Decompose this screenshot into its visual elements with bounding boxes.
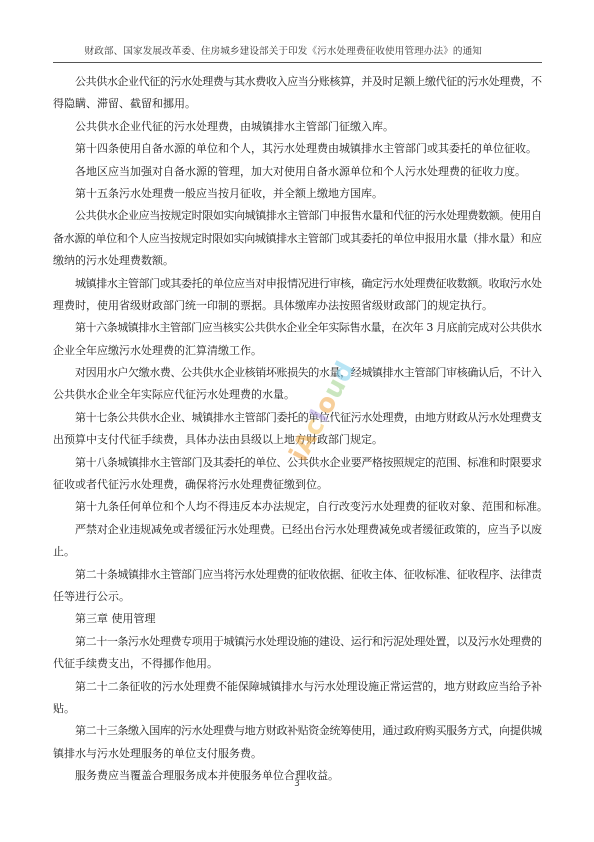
- text-line: 镇排水与污水处理服务的单位支付服务费。: [53, 743, 542, 765]
- document-page: 财政部、国家发展改革委、住房城乡建设部关于印发《污水处理费征收使用管理办法》的通…: [0, 0, 594, 842]
- text-line: 第三章 使用管理: [53, 608, 542, 630]
- body-text: 公共供水企业代征的污水处理费与其水费收入应当分账核算，并及时足额上缴代征的污水处…: [53, 71, 542, 788]
- text-line: 征收或者代征污水处理费，确保将污水处理费征缴到位。: [53, 474, 542, 496]
- text-line: 各地区应当加强对自备水源的管理，加大对使用自备水源单位和个人污水处理费的征收力度…: [53, 161, 542, 183]
- text-line: 代征手续费支出，不得挪作他用。: [53, 653, 542, 675]
- text-line: 第十五条污水处理费一般应当按月征收，并全额上缴地方国库。: [53, 183, 542, 205]
- text-line: 第二十一条污水处理费专项用于城镇污水处理设施的建设、运行和污泥处理处置，以及污水…: [53, 631, 542, 653]
- text-line: 公共供水企业代征的污水处理费与其水费收入应当分账核算，并及时足额上缴代征的污水处…: [53, 71, 542, 93]
- text-line: 第二十条城镇排水主管部门应当将污水处理费的征收依据、征收主体、征收标准、征收程序…: [53, 564, 542, 586]
- text-line: 得隐瞒、滞留、截留和挪用。: [53, 93, 542, 115]
- text-line: 公共供水企业应当按规定时限如实向城镇排水主管部门申报售水量和代征的污水处理费数额…: [53, 205, 542, 227]
- header-rule: [53, 62, 542, 63]
- text-line: 出预算中支付代征手续费，具体办法由县级以上地方财政部门规定。: [53, 429, 542, 451]
- text-line: 第二十二条征收的污水处理费不能保障城镇排水与污水处理设施正常运营的，地方财政应当…: [53, 676, 542, 698]
- text-line: 缴纳的污水处理费数额。: [53, 250, 542, 272]
- text-line: 企业全年应缴污水处理费的汇算清缴工作。: [53, 340, 542, 362]
- text-line: 城镇排水主管部门或其委托的单位应当对申报情况进行审核，确定污水处理费征收数额。收…: [53, 273, 542, 295]
- text-line: 第十四条使用自备水源的单位和个人，其污水处理费由城镇排水主管部门或其委托的单位征…: [53, 138, 542, 160]
- text-line: 理费时，使用省级财政部门统一印制的票据。具体缴库办法按照省级财政部门的规定执行。: [53, 295, 542, 317]
- text-line: 止。: [53, 541, 542, 563]
- text-line: 备水源的单位和个人应当按规定时限如实向城镇排水主管部门或其委托的单位申报用水量（…: [53, 228, 542, 250]
- text-line: 第十六条城镇排水主管部门应当核实公共供水企业全年实际售水量，在次年 3 月底前完…: [53, 317, 542, 339]
- page-number: 3: [0, 779, 594, 789]
- text-line: 公共供水企业代征的污水处理费，由城镇排水主管部门征缴入库。: [53, 116, 542, 138]
- text-line: 第十七条公共供水企业、城镇排水主管部门委托的单位代征污水处理费，由地方财政从污水…: [53, 407, 542, 429]
- text-line: 严禁对企业违规减免或者缓征污水处理费。已经出台污水处理费减免或者缓征政策的，应当…: [53, 519, 542, 541]
- text-line: 对因用水户欠缴水费、公共供水企业核销坏账损失的水量，经城镇排水主管部门审核确认后…: [53, 362, 542, 384]
- text-line: 第十九条任何单位和个人均不得违反本办法规定，自行改变污水处理费的征收对象、范围和…: [53, 496, 542, 518]
- text-line: 公共供水企业全年实际应代征污水处理费的水量。: [53, 384, 542, 406]
- text-line: 第十八条城镇排水主管部门及其委托的单位、公共供水企业要严格按照规定的范围、标准和…: [53, 452, 542, 474]
- text-line: 任等进行公示。: [53, 586, 542, 608]
- text-line: 贴。: [53, 698, 542, 720]
- text-line: 第二十三条缴入国库的污水处理费与地方财政补贴资金统筹使用，通过政府购买服务方式，…: [53, 720, 542, 742]
- running-header: 财政部、国家发展改革委、住房城乡建设部关于印发《污水处理费征收使用管理办法》的通…: [53, 44, 542, 60]
